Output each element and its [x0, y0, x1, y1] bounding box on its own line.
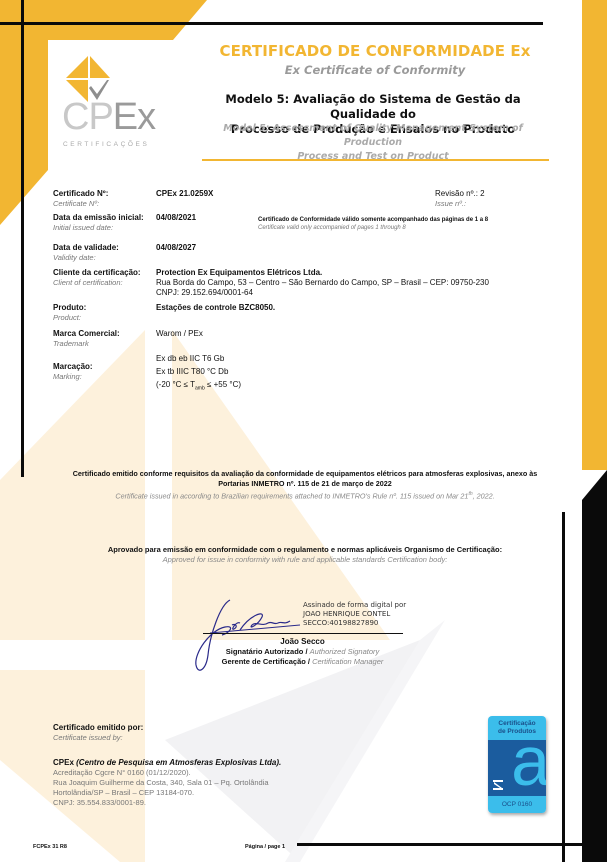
validity-date-label-en: Validity date:: [53, 253, 119, 263]
client-name: Protection Ex Equipamentos Elétricos Ltd…: [156, 268, 489, 278]
revision-label: Revisão nº.: 2: [435, 189, 485, 199]
product-label-en: Product:: [53, 313, 86, 323]
digital-signature-line3: SECCO:40198827890: [303, 619, 406, 628]
initial-issue-label-en: Initial issued date:: [53, 223, 144, 233]
trademark-value: Warom / PEx: [156, 329, 203, 339]
marking-line3: (-20 °C ≤ Tamb ≤ +55 °C): [156, 378, 241, 396]
model-title-en-line2: Process and Test on Product: [193, 150, 553, 164]
validity-note: Certificado de Conformidade válido somen…: [258, 216, 488, 232]
signatory-role2-pt: Gerente de Certificação /: [222, 657, 312, 666]
frame-line-bottom: [297, 843, 607, 846]
field-trademark: Marca Comercial: Trademark: [53, 329, 120, 349]
trademark-label: Marca Comercial:: [53, 329, 120, 339]
signatory-role2: Gerente de Certificação / Certification …: [200, 657, 405, 667]
compliance-pt-line2: Portarias INMETRO nº. 115 de 21 de março…: [40, 479, 570, 489]
issuer-label: Certificado emitido por:: [53, 723, 143, 733]
certificate-no-label: Certificado Nº:: [53, 189, 108, 199]
marking-line3-suffix: ≤ +55 °C): [205, 380, 241, 389]
revision-label-en: Issue nº.:: [435, 199, 485, 209]
signatory-role1: Signatário Autorizado / Authorized Signa…: [200, 647, 405, 657]
model-title-en-line1: Model 5: Assessment of Quality Managemen…: [193, 122, 553, 150]
form-code: FCPEx 31 R8: [33, 844, 67, 850]
client-address: Rua Borda do Campo, 53 – Centro – São Be…: [156, 278, 489, 288]
digital-signature-stamp: Assinado de forma digital por JOAO HENRI…: [303, 601, 406, 628]
compliance-pt-line1: Certificado emitido conforme requisitos …: [40, 469, 570, 479]
field-certificate-no: Certificado Nº: Certificate Nº:: [53, 189, 108, 209]
approval-statement: Aprovado para emissão em conformidade co…: [40, 545, 570, 565]
frame-line-left: [21, 0, 24, 477]
certificate-no-value: CPEx 21.0259X: [156, 189, 213, 199]
field-marking: Marcação: Marking:: [53, 362, 93, 382]
gold-column-right: [582, 0, 607, 470]
product-value: Estações de controle BZC8050.: [156, 303, 275, 313]
issuer-name-full: (Centro de Pesquisa em Atmosferas Explos…: [76, 758, 281, 767]
field-revision: Revisão nº.: 2 Issue nº.:: [435, 189, 485, 209]
model-title-pt-line1: Modelo 5: Avaliação do Sistema de Gestão…: [193, 92, 553, 122]
marking-values: Ex db eb IIC T6 Gb Ex tb IIIC T80 °C Db …: [156, 352, 241, 396]
signatory-role1-pt: Signatário Autorizado /: [226, 647, 310, 656]
model-title-en: Model 5: Assessment of Quality Managemen…: [193, 122, 553, 164]
marking-line2: Ex tb IIIC T80 °C Db: [156, 365, 241, 378]
logo-wordmark-ex: Ex: [113, 96, 155, 138]
page-number: Página / page 1: [245, 844, 285, 850]
marking-label: Marcação:: [53, 362, 93, 372]
frame-line-top: [0, 22, 543, 25]
certificate-subtitle: Ex Certificate of Conformity: [205, 63, 545, 77]
initial-issue-value: 04/08/2021: [156, 213, 196, 223]
issuer-accreditation: Acreditação Cgcre N° 0160 (01/12/2020).: [53, 768, 281, 778]
compliance-en: Certificate issued in according to Brazi…: [40, 489, 570, 501]
product-label: Produto:: [53, 303, 86, 313]
issuer-name-short: CPEx: [53, 758, 76, 767]
client-cnpj: CNPJ: 29.152.694/0001-64: [156, 288, 489, 298]
digital-signature-line1: Assinado de forma digital por: [303, 601, 406, 610]
compliance-en-prefix: Certificate issued in according to Brazi…: [115, 491, 468, 500]
issuer-label-en: Certificate issued by:: [53, 733, 143, 743]
marking-line3-sub: amb: [195, 386, 205, 392]
approval-en: Approved for issue in conformity with ru…: [40, 555, 570, 565]
issuer-cnpj: CNPJ: 35.554.833/0001-89.: [53, 798, 281, 808]
marking-label-en: Marking:: [53, 372, 93, 382]
marking-line3-prefix: (-20 °C ≤ T: [156, 380, 195, 389]
issuer-details: CPEx (Centro de Pesquisa em Atmosferas E…: [53, 758, 281, 808]
accreditation-badge: Certificação de Produtos a OCP 0160: [488, 716, 546, 813]
signatory-role2-en: Certification Manager: [312, 657, 383, 666]
badge-body: a: [488, 740, 546, 796]
client-label-en: Client of certification:: [53, 278, 141, 288]
issuer-address1: Rua Joaquim Guilherme da Costa, 340, Sal…: [53, 778, 281, 788]
black-column-right: [582, 470, 607, 862]
certificate-title: CERTIFICADO DE CONFORMIDADE Ex: [205, 42, 545, 60]
validity-note-en: Certificate valid only accompanied of pa…: [258, 224, 488, 232]
signatory-name: João Secco: [200, 636, 405, 647]
client-label: Cliente da certificação:: [53, 268, 141, 278]
validity-note-pt: Certificado de Conformidade válido somen…: [258, 216, 488, 224]
field-validity-date: Data de validade: Validity date:: [53, 243, 119, 263]
badge-letter-a: a: [511, 726, 546, 796]
issuer-name: CPEx (Centro de Pesquisa em Atmosferas E…: [53, 758, 281, 768]
client-details: Protection Ex Equipamentos Elétricos Ltd…: [156, 268, 489, 298]
signatory-role1-en: Authorized Signatory: [310, 647, 380, 656]
validity-date-label: Data de validade:: [53, 243, 119, 253]
field-client: Cliente da certificação: Client of certi…: [53, 268, 141, 288]
header-divider: [202, 159, 549, 161]
field-initial-issue: Data da emissão inicial: Initial issued …: [53, 213, 144, 233]
logo-wordmark-cp: CP: [62, 96, 113, 138]
signature-line: [203, 633, 403, 634]
approval-pt: Aprovado para emissão em conformidade co…: [40, 545, 570, 555]
signatory-block: João Secco Signatário Autorizado / Autho…: [200, 636, 405, 667]
compliance-statement: Certificado emitido conforme requisitos …: [40, 469, 570, 501]
logo-tagline: CERTIFICAÇÕES: [63, 141, 149, 148]
issuer-block: Certificado emitido por: Certificate iss…: [53, 723, 143, 743]
initial-issue-label: Data da emissão inicial:: [53, 213, 144, 223]
inmetro-icon: [493, 780, 503, 790]
compliance-en-suffix: , 2022.: [473, 491, 495, 500]
field-product: Produto: Product:: [53, 303, 86, 323]
validity-date-value: 04/08/2027: [156, 243, 196, 253]
issuer-address2: Hortolândia/SP – Brasil – CEP 13184-070.: [53, 788, 281, 798]
digital-signature-line2: JOAO HENRIQUE CONTEL: [303, 610, 406, 619]
marking-line1: Ex db eb IIC T6 Gb: [156, 352, 241, 365]
trademark-label-en: Trademark: [53, 339, 120, 349]
certificate-no-label-en: Certificate Nº:: [53, 199, 108, 209]
cpex-logo: CPEx CERTIFICAÇÕES: [60, 55, 170, 155]
